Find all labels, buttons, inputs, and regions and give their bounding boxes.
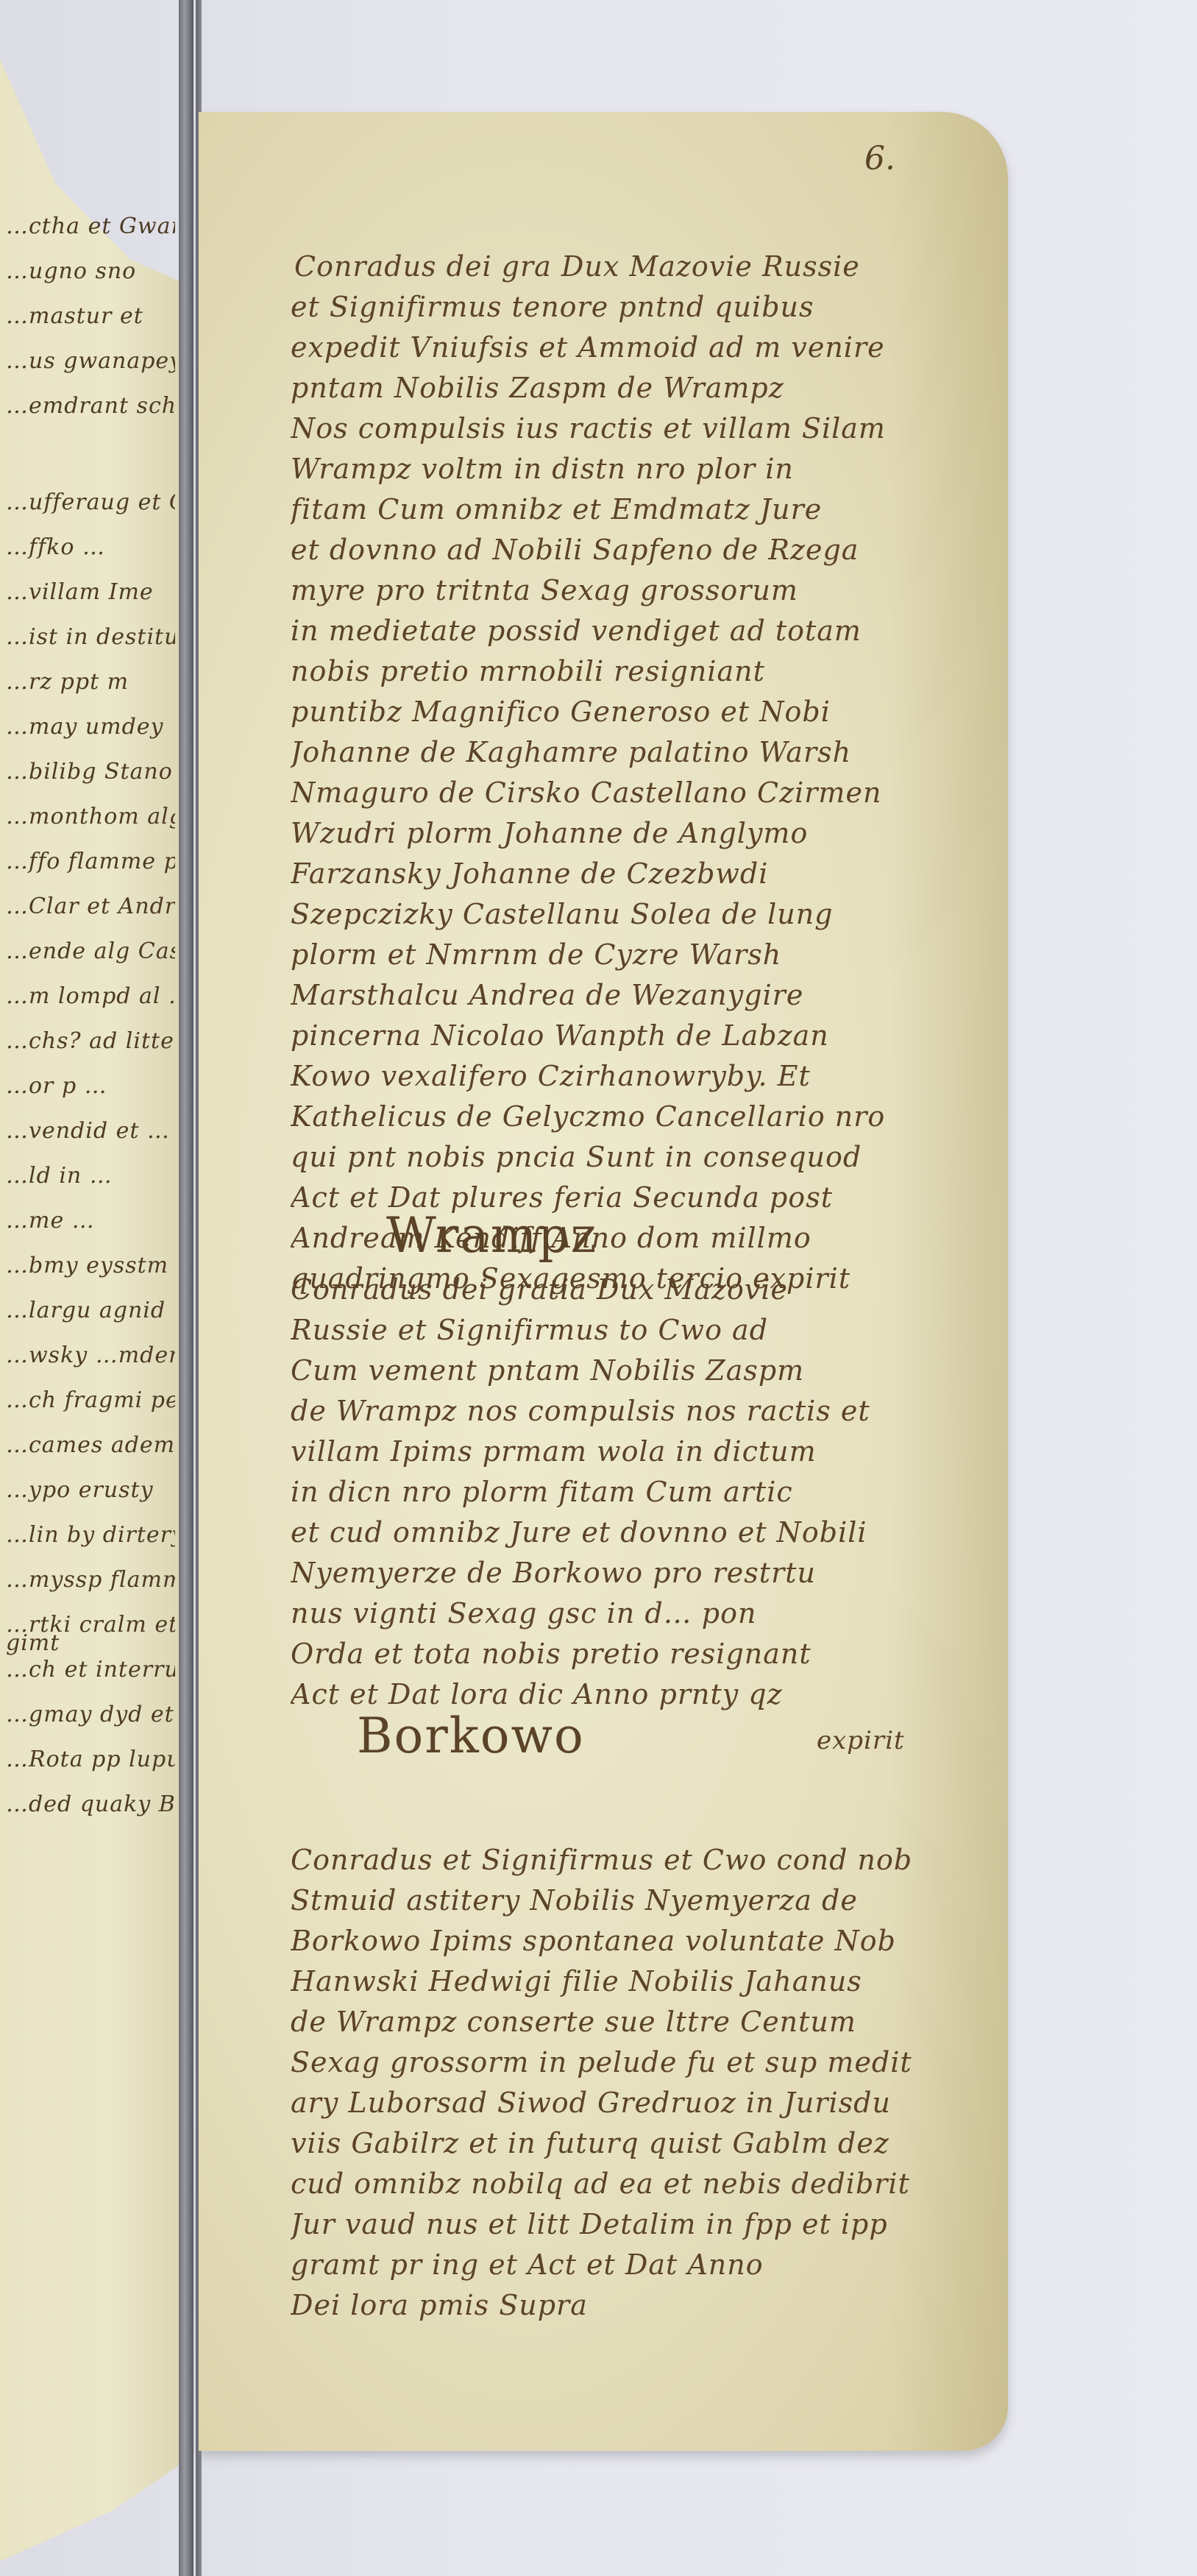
section-heading-wrampz: Wrampz [386, 1207, 597, 1264]
left-page-line: …ffko … [6, 534, 175, 560]
manuscript-line: Conradus et Signifirmus et Cwo cond nob [291, 1844, 912, 1876]
left-page-line: …villam Ime [6, 579, 175, 605]
manuscript-line: cud omnibz nobilq ad ea et nebis dedibri… [291, 2168, 910, 2200]
left-page-line: …us gwanapey [6, 348, 175, 374]
manuscript-line: viis Gabilrz et in futurq quist Gablm de… [291, 2127, 889, 2159]
left-page-line: …ffo flamme pro [6, 849, 175, 874]
left-page-line: …ch et interrupt [6, 1657, 175, 1682]
manuscript-line: et cud omnibz Jure et dovnno et Nobili [291, 1516, 867, 1549]
manuscript-line: fitam Cum omnibz et Emdmatz Jure [291, 493, 822, 526]
manuscript-line: puntibz Magnifico Generoso et Nobi [291, 696, 831, 728]
manuscript-line: plorm et Nmrnm de Cyzre Warsh [291, 938, 781, 971]
manuscript-line: Nyemyerze de Borkowo pro restrtu [291, 1557, 816, 1589]
manuscript-line: gramt pr ing et Act et Dat Anno [291, 2248, 764, 2281]
left-page-line: …Clar et Andrea [6, 894, 175, 919]
manuscript-line: de Wrampz conserte sue lttre Centum [291, 2006, 856, 2038]
page-holder-rod [179, 0, 193, 2576]
left-page-line: …lin by dirtery [6, 1522, 175, 1548]
left-page-line: …cames adempt [6, 1432, 175, 1458]
manuscript-line: Farzansky Johanne de Czezbwdi [291, 857, 768, 890]
left-page-line: …chs? ad littery [6, 1028, 175, 1054]
left-page-line: …monthom alg [6, 804, 175, 829]
manuscript-line: qui pnt nobis pncia Sunt in consequod [291, 1141, 862, 1173]
manuscript-line: Nos compulsis ius ractis et villam Silam [291, 412, 886, 445]
manuscript-line: Nmaguro de Cirsko Castellano Czirmen [291, 776, 881, 809]
manuscript-line: nobis pretio mrnobili resigniant [291, 655, 765, 687]
manuscript-line: Orda et tota nobis pretio resignant [291, 1638, 811, 1670]
margin-note-expirit: expirit [817, 1726, 905, 1755]
manuscript-line: Act et Dat lora dic Anno prnty qz [291, 1678, 783, 1710]
manuscript-line: in medietate possid vendiget ad totam [291, 615, 862, 647]
left-page-line: …Rota pp lupu [6, 1747, 175, 1772]
manuscript-line: in dicn nro plorm fitam Cum artic [291, 1476, 793, 1508]
manuscript-line: nus vignti Sexag gsc in d… pon [291, 1597, 756, 1630]
manuscript-line: myre pro tritnta Sexag grossorum [291, 574, 798, 606]
section-heading-borkowo: Borkowo [357, 1708, 585, 1764]
left-page-line: …ugno sno [6, 258, 175, 284]
folio-number: 6. [864, 140, 895, 177]
left-page-line: …me … [6, 1208, 175, 1234]
manuscript-line: Cum vement pntam Nobilis Zaspm [291, 1354, 804, 1387]
left-page-line: …bilibg Stano [6, 759, 175, 785]
manuscript-line: Stmuid astitery Nobilis Nyemyerza de [291, 1884, 858, 1917]
manuscript-line: et Signifirmus tenore pntnd quibus [291, 291, 814, 323]
left-page-line: …ded quaky B [6, 1791, 175, 1817]
left-page-line: …vendid et … [6, 1118, 175, 1144]
left-page-line: …ld in … [6, 1163, 175, 1189]
manuscript-line: Wrampz voltm in distn nro plor in [291, 453, 794, 485]
manuscript-line: villam Ipims prmam wola in dictum [291, 1435, 817, 1468]
left-page-line: …rz ppt m [6, 669, 175, 695]
manuscript-line: expedit Vniufsis et Ammoid ad m venire [291, 331, 885, 364]
manuscript-line: ary Luborsad Siwod Gredruoz in Jurisdu [291, 2087, 891, 2119]
left-page-line: …or p … [6, 1073, 175, 1099]
manuscript-line: Dei lora pmis Supra [291, 2289, 588, 2321]
left-page-line: …mastur et [6, 303, 175, 329]
left-page-line: …largu agnid [6, 1298, 175, 1323]
manuscript-line: Conradus dei gratia Dux Mazovie [291, 1273, 788, 1306]
left-page-line: …wsky …mdery [6, 1342, 175, 1368]
left-page-line: …ufferaug et Cro [6, 489, 175, 515]
left-page-line: …ypo erusty [6, 1477, 175, 1503]
manuscript-line: Kathelicus de Gelyczmo Cancellario nro [291, 1100, 885, 1133]
left-page-line: …emdrant sch [6, 393, 175, 419]
manuscript-line: pincerna Nicolao Wanpth de Labzan [291, 1019, 829, 1052]
manuscript-line: Marsthalcu Andrea de Wezanygire [291, 979, 803, 1011]
manuscript-line: Borkowo Ipims spontanea voluntate Nob [291, 1925, 896, 1957]
manuscript-line: Russie et Signifirmus to Cwo ad [291, 1314, 768, 1346]
left-page-line: …ctha et Gwanth [6, 213, 175, 239]
left-page-line: …ist in destitu [6, 624, 175, 650]
left-page-line: …myssp flamme [6, 1567, 175, 1593]
manuscript-line: Kowo vexalifero Czirhanowryby. Et [291, 1060, 811, 1092]
left-page-line: …ende alg Castr [6, 938, 175, 964]
manuscript-line: pntam Nobilis Zaspm de Wrampz [291, 372, 784, 404]
left-page-line: …m lompd al … [6, 983, 175, 1009]
manuscript-line: Szepczizky Castellanu Solea de lung [291, 898, 834, 930]
manuscript-line: Sexag grossorm in pelude fu et sup medit [291, 2046, 912, 2078]
left-page-line: …ch fragmi pelud [6, 1387, 175, 1413]
manuscript-line: de Wrampz nos compulsis nos ractis et [291, 1395, 870, 1427]
manuscript-line: et dovnno ad Nobili Sapfeno de Rzega [291, 534, 859, 566]
manuscript-line: Wzudri plorm Johanne de Anglymo [291, 817, 808, 849]
manuscript-line: Conradus dei gra Dux Mazovie Russie [294, 250, 860, 283]
left-page-line: …may umdey [6, 714, 175, 740]
left-page-line: gimt [6, 1630, 175, 1656]
manuscript-line: Jur vaud nus et litt Detalim in fpp et i… [291, 2208, 888, 2240]
left-page-line: …bmy eysstm [6, 1253, 175, 1278]
manuscript-line: Johanne de Kaghamre palatino Warsh [291, 736, 851, 768]
manuscript-line: Hanwski Hedwigi filie Nobilis Jahanus [291, 1965, 862, 1998]
left-page-line: …gmay dyd et [6, 1702, 175, 1727]
